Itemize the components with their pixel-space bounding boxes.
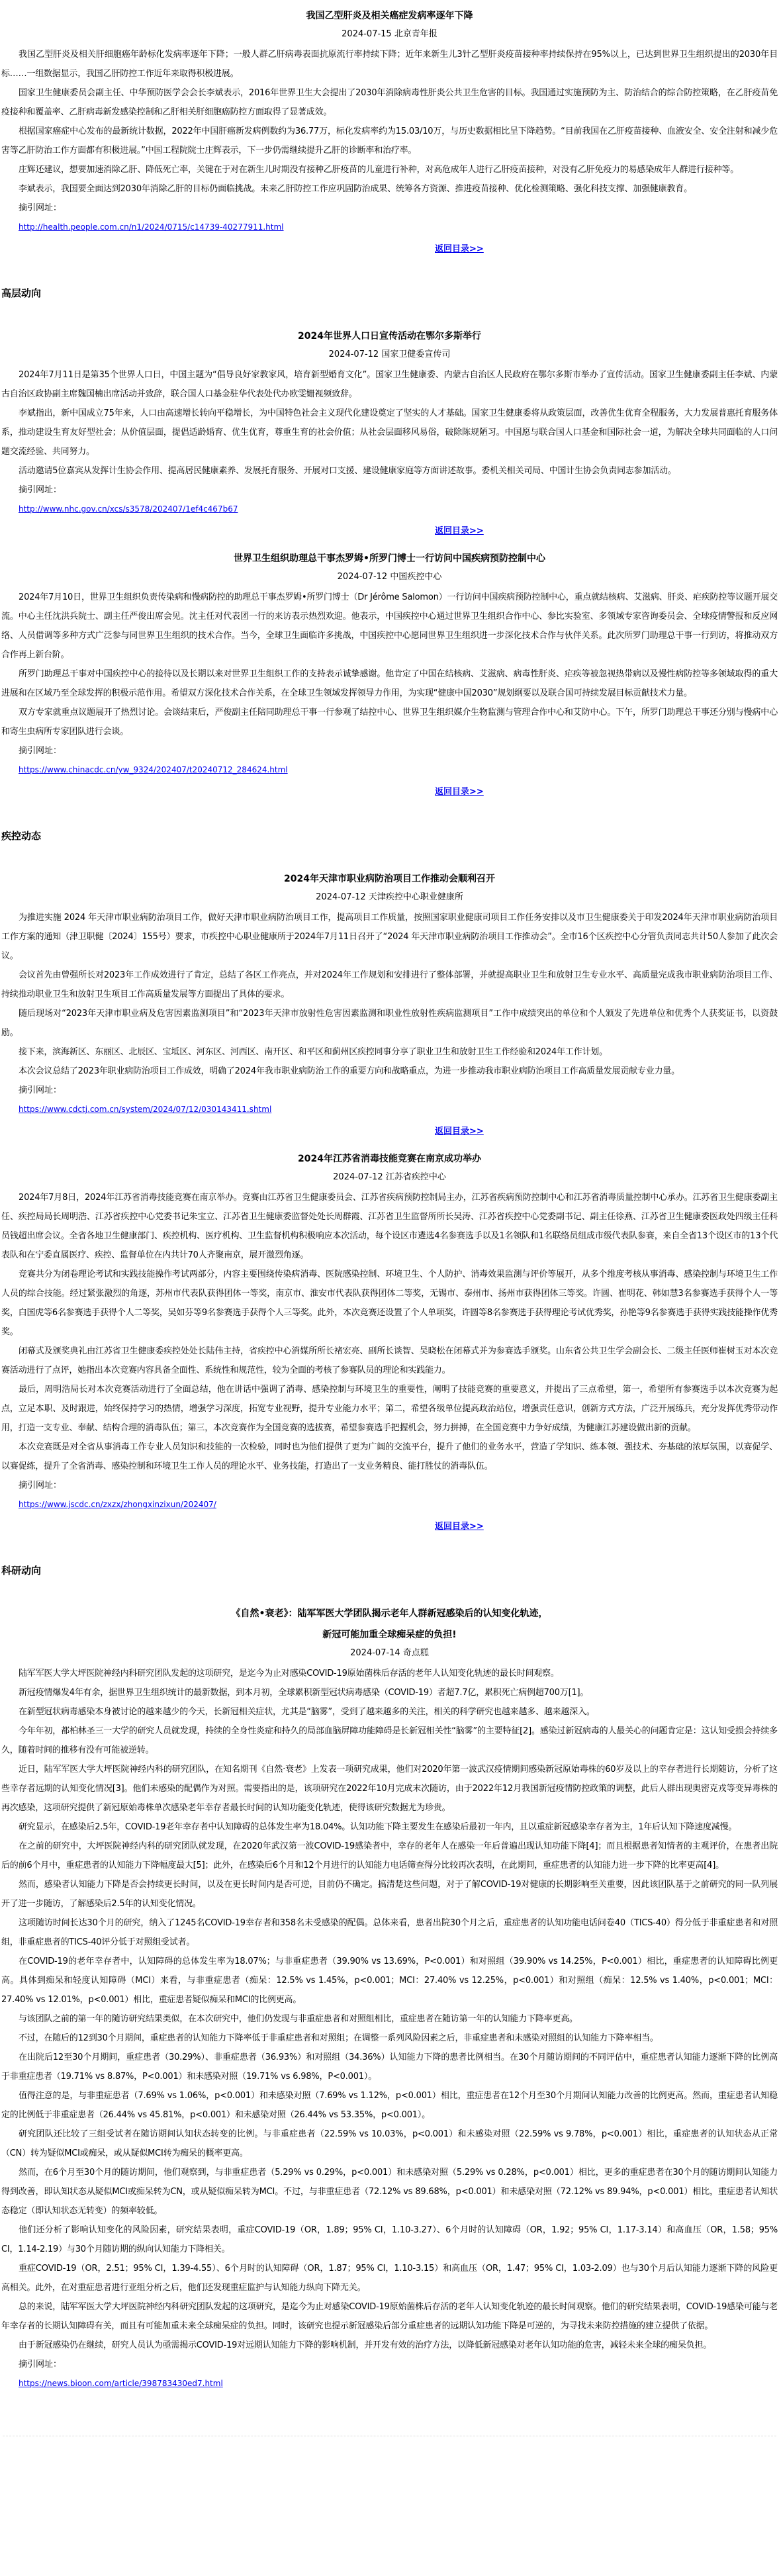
article-world-population-day: 2024年世界人口日宣传活动在鄂尔多斯举行 2024-07-12 国家卫健委宣传… — [1, 328, 778, 541]
article-paragraph: 在之前的研究中，大坪医院神经内科的研究团队就发现，在2020年武汉第一波COVI… — [1, 1837, 778, 1875]
article-meta: 2024-07-12 中国疾控中心 — [1, 569, 778, 585]
article-paragraph: 不过，在随后的12到30个月期间，重症患者的认知能力下降率低于非重症患者和对照组… — [1, 2029, 778, 2048]
back-to-toc-link[interactable]: 返回目录>> — [435, 782, 484, 802]
article-paragraph: 双方专家就重点议题展开了热烈讨论。会谈结束后，严俊副主任陪同助理总干事一行参观了… — [1, 703, 778, 741]
article-paragraph: 2024年7月10日，世界卫生组织负责传染病和慢病防控的助理总干事杰罗姆•所罗门… — [1, 588, 778, 665]
article-paragraph: 研究显示，在感染后2.5年，COVID-19老年幸存者中认知障碍的总体发生率为1… — [1, 1817, 778, 1837]
article-paragraph: 这项随访时间长达30个月的研究，纳入了1245名COVID-19幸存者和358名… — [1, 1913, 778, 1952]
source-label: 摘引网址： — [1, 199, 778, 218]
back-to-toc-link[interactable]: 返回目录>> — [435, 1517, 484, 1537]
article-paragraph: 他们还分析了影响认知变化的风险因素，研究结果表明，重症COVID-19（OR，1… — [1, 2221, 778, 2259]
article-paragraph: 2024年7月8日，2024年江苏省消毒技能竞赛在南京举办。竞赛由江苏省卫生健康… — [1, 1188, 778, 1265]
source-link[interactable]: https://www.cdctj.com.cn/system/2024/07/… — [19, 1105, 271, 1114]
article-paragraph: 李斌指出，新中国成立75年来，人口由高速增长转向平稳增长，为中国特色社会主义现代… — [1, 404, 778, 461]
article-meta: 2024-07-12 江苏省疾控中心 — [1, 1170, 778, 1185]
article-paragraph: 本次竞赛既是对全省从事消毒工作专业人员知识和技能的一次检验，同时也为他们提供了更… — [1, 1438, 778, 1476]
article-paragraph: 我国乙型肝炎及相关肝细胞癌年龄标化发病率逐年下降；一般人群乙肝病毒表面抗原流行率… — [1, 45, 778, 83]
back-to-toc-link[interactable]: 返回目录>> — [435, 240, 484, 259]
back-to-toc-link[interactable]: 返回目录>> — [435, 1122, 484, 1142]
article-paragraph: 为推进实施 2024 年天津市职业病防治项目工作，做好天津市职业病防治项目工作，… — [1, 908, 778, 966]
article-title: 2024年世界人口日宣传活动在鄂尔多斯举行 — [1, 328, 778, 344]
newsletter-page: 我国乙型肝炎及相关癌症发病率逐年下降 2024-07-15 北京青年报 我国乙型… — [0, 8, 779, 2461]
article-paragraph: 所罗门助理总干事对中国疾控中心的接待以及长期以来对世界卫生组织工作的支持表示诚挚… — [1, 665, 778, 703]
article-jiangsu-disinfection: 2024年江苏省消毒技能竞赛在南京成功举办 2024-07-12 江苏省疾控中心… — [1, 1151, 778, 1537]
article-meta: 2024-07-12 天津疾控中心职业健康所 — [1, 890, 778, 905]
section-heading-leadership: 高层动向 — [1, 283, 778, 303]
article-covid-cognition: 《自然•衰老》：陆军军医大学团队揭示老年人群新冠感染后的认知变化轨迹， 新冠可能… — [1, 1606, 778, 2393]
article-paragraph: 竞赛共分为闭卷理论考试和实践技能操作考试两部分，内容主要围绕传染病消毒、医院感染… — [1, 1265, 778, 1342]
article-paragraph: 随后现场对“2023年天津市职业病及危害因素监测项目”和“2023年天津市放射性… — [1, 1004, 778, 1042]
back-to-toc-link[interactable]: 返回目录>> — [435, 522, 484, 541]
article-paragraph: 最后，周明浩局长对本次竞赛活动进行了全面总结，他在讲话中强调了消毒、感染控制与环… — [1, 1380, 778, 1438]
article-paragraph: 李斌表示，我国要全面达到2030年消除乙肝的目标仍面临挑战。未来乙肝防控工作应巩… — [1, 179, 778, 199]
article-meta: 2024-07-12 国家卫健委宣传司 — [1, 347, 778, 363]
source-link[interactable]: http://health.people.com.cn/n1/2024/0715… — [19, 222, 284, 232]
article-paragraph: 研究团队还比较了三组受试者在随访期间认知状态转变的比例。与非重症患者（22.59… — [1, 2125, 778, 2163]
article-paragraph: 近日，陆军军医大学大坪医院神经内科的研究团队，在知名期刊《自然·衰老》上发表一项… — [1, 1760, 778, 1817]
article-paragraph: 在新型冠状病毒感染本身被讨论的越来越少的今天，长新冠相关症状，尤其是“脑雾”，受… — [1, 1702, 778, 1722]
article-who-visit: 世界卫生组织助理总干事杰罗姆•所罗门博士一行访问中国疾病预防控制中心 2024-… — [1, 551, 778, 802]
article-paragraph: 2024年7月11日是第35个世界人口日，中国主题为“倡导良好家教家风，培育新型… — [1, 365, 778, 404]
footer-divider — [3, 2436, 776, 2436]
article-paragraph: 国家卫生健康委员会副主任、中华预防医学会会长李斌表示，2016年世界卫生大会提出… — [1, 83, 778, 122]
source-link[interactable]: https://news.bioon.com/article/398783430… — [19, 2379, 223, 2388]
article-title-line2: 新冠可能加重全球痴呆症的负担! — [1, 1627, 778, 1643]
article-title: 《自然•衰老》：陆军军医大学团队揭示老年人群新冠感染后的认知变化轨迹， — [1, 1606, 778, 1622]
article-paragraph: 值得注意的是，与非重症患者（7.69% vs 1.06%，p<0.001）和未感… — [1, 2086, 778, 2125]
article-title: 我国乙型肝炎及相关癌症发病率逐年下降 — [1, 8, 778, 24]
article-paragraph: 闭幕式及颁奖典礼由江苏省卫生健康委疾控处处长陆伟主持，省疾控中心消媒所所长褚宏亮… — [1, 1342, 778, 1380]
source-label: 摘引网址： — [1, 481, 778, 500]
article-paragraph: 总的来说，陆军军医大学大坪医院神经内科研究团队发起的这项研究，是迄今为止对感染C… — [1, 2297, 778, 2336]
source-link[interactable]: https://www.chinacdc.cn/yw_9324/202407/t… — [19, 765, 288, 774]
article-paragraph: 庄辉还建议，想要加速消除乙肝、降低死亡率，关键在于对在新生儿时期没有接种乙肝疫苗… — [1, 160, 778, 179]
article-paragraph: 陆军军医大学大坪医院神经内科研究团队发起的这项研究，是迄今为止对感染COVID-… — [1, 1664, 778, 1683]
article-paragraph: 由于新冠感染仍在继续，研究人员认为亟需揭示COVID-19对远期认知能力下降的影… — [1, 2336, 778, 2355]
source-link[interactable]: http://www.nhc.gov.cn/xcs/s3578/202407/1… — [19, 504, 238, 514]
article-paragraph: 然而，感染者认知能力下降是否会持续更长时间，以及在更长时间内是否可逆，目前仍不确… — [1, 1875, 778, 1913]
article-paragraph: 接下来，滨海新区、东丽区、北辰区、宝坻区、河东区、河西区、南开区、和平区和蓟州区… — [1, 1042, 778, 1062]
source-label: 摘引网址： — [1, 741, 778, 760]
section-heading-research: 科研动向 — [1, 1561, 778, 1581]
article-title: 世界卫生组织助理总干事杰罗姆•所罗门博士一行访问中国疾病预防控制中心 — [1, 551, 778, 567]
article-paragraph: 今年年初，都柏林圣三一大学的研究人员就发现，持续的全身性炎症和持久的局部血脑屏障… — [1, 1722, 778, 1760]
article-paragraph: 本次会议总结了2023年职业病防治项目工作成效，明确了2024年我市职业病防治工… — [1, 1062, 778, 1081]
article-title: 2024年江苏省消毒技能竞赛在南京成功举办 — [1, 1151, 778, 1167]
article-paragraph: 在COVID-19的老年幸存者中，认知障碍的总体发生率为18.07%；与非重症患… — [1, 1952, 778, 2009]
article-paragraph: 然而，在6个月至30个月的随访期间，他们观察到，与非重症患者（5.29% vs … — [1, 2163, 778, 2221]
article-hepatitis-b: 我国乙型肝炎及相关癌症发病率逐年下降 2024-07-15 北京青年报 我国乙型… — [1, 8, 778, 259]
article-paragraph: 在出院后12至30个月期间，重症患者（30.29%）、非重症患者（36.93%）… — [1, 2048, 778, 2086]
article-title: 2024年天津市职业病防治项目工作推动会顺利召开 — [1, 871, 778, 887]
source-label: 摘引网址： — [1, 1476, 778, 1495]
article-tianjin-occupational: 2024年天津市职业病防治项目工作推动会顺利召开 2024-07-12 天津疾控… — [1, 871, 778, 1142]
source-label: 摘引网址： — [1, 1081, 778, 1100]
article-paragraph: 活动邀请5位嘉宾从发挥计生协会作用、提高居民健康素养、发展托育服务、开展对口支援… — [1, 461, 778, 481]
article-meta: 2024-07-15 北京青年报 — [1, 26, 778, 42]
article-paragraph: 重症COVID-19（OR，2.51；95% CI，1.39-4.55）、6个月… — [1, 2259, 778, 2297]
article-paragraph: 根据国家癌症中心发布的最新统计数据，2022年中国肝癌新发病例数约为36.77万… — [1, 122, 778, 160]
article-paragraph: 与该团队之前的第一年的随访研究结果类似，在本次研究中，他们仍发现与非重症患者和对… — [1, 2009, 778, 2029]
source-label: 摘引网址： — [1, 2355, 778, 2374]
section-heading-cdc-news: 疾控动态 — [1, 826, 778, 846]
source-link[interactable]: https://www.jscdc.cn/zxzx/zhongxinzixun/… — [19, 1500, 216, 1509]
article-paragraph: 会议首先由曾强所长对2023年工作成效进行了肯定，总结了各区工作亮点，并对202… — [1, 966, 778, 1004]
article-meta: 2024-07-14 奇点糕 — [1, 1645, 778, 1661]
article-paragraph: 新冠疫情爆发4年有余，据世界卫生组织统计的最新数据，到本月初，全球累积新型冠状病… — [1, 1683, 778, 1702]
